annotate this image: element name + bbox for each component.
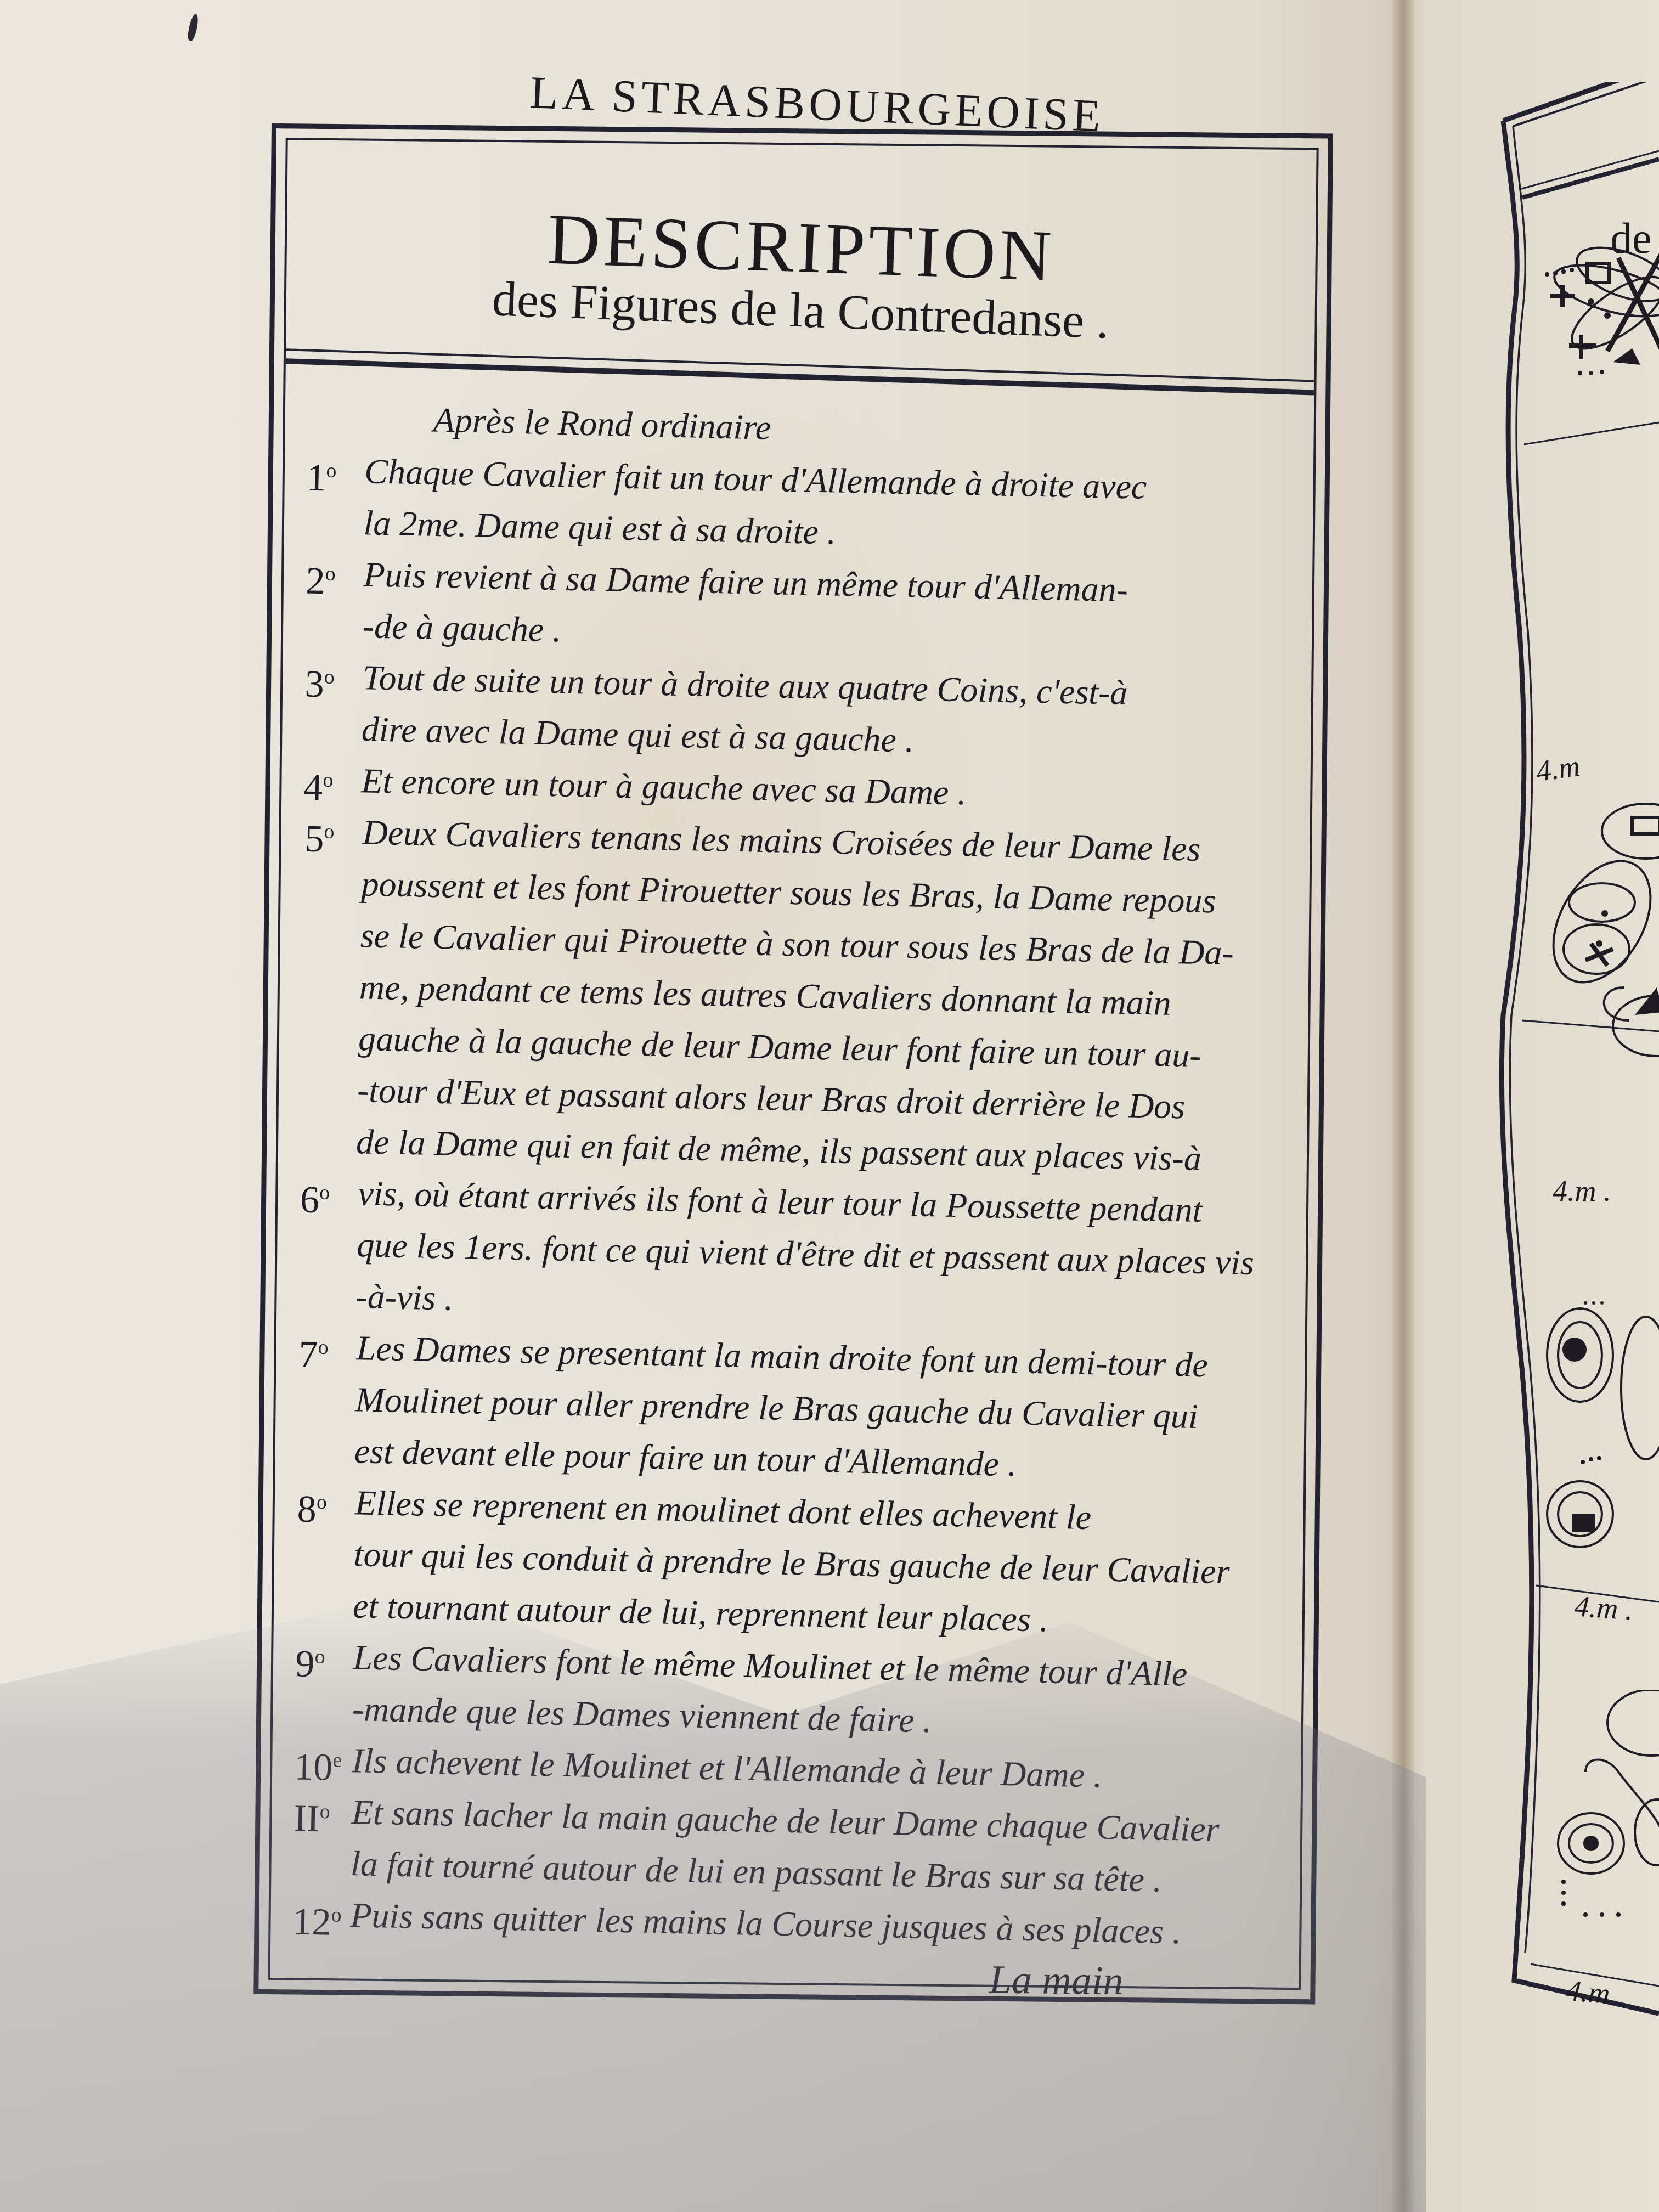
panel-label: 4.m . bbox=[1573, 1589, 1634, 1627]
figure-number: 12o bbox=[292, 1888, 342, 1949]
figure-number: 2o bbox=[305, 548, 336, 607]
figure-number-value: 3 bbox=[304, 663, 325, 706]
figure-number: 8o bbox=[297, 1476, 328, 1536]
figure-number-value: 6 bbox=[300, 1178, 320, 1221]
ordinal-suffix: o bbox=[319, 1800, 330, 1823]
figure-number: 9o bbox=[295, 1630, 325, 1690]
figure-entry: IIoEt sans lacher la main gauche de leur… bbox=[292, 1785, 1290, 1908]
figure-number: 5o bbox=[304, 805, 335, 865]
figure-number-value: 5 bbox=[304, 817, 325, 860]
figure-number-value: 12 bbox=[292, 1900, 332, 1943]
figure-entry: 8oElles se reprenent en moulinet dont el… bbox=[295, 1476, 1293, 1650]
dance-diagram-3 bbox=[1531, 1284, 1659, 1569]
dance-diagram-1 bbox=[1531, 208, 1659, 390]
figure-number: 7o bbox=[298, 1321, 329, 1381]
panel-label: 4.m bbox=[1565, 1973, 1611, 2011]
figure-number: 3o bbox=[304, 651, 335, 710]
ordinal-suffix: o bbox=[323, 769, 334, 792]
figure-number-value: 10 bbox=[294, 1746, 333, 1788]
figure-entry: 3oTout de suite un tour à droite aux qua… bbox=[303, 651, 1301, 774]
figure-entry: 5oDeux Cavaliers tenans les mains Croisé… bbox=[298, 805, 1301, 1186]
panel-label: 4.m bbox=[1534, 749, 1582, 788]
figure-entry: 7oLes Dames se presentant la main droite… bbox=[296, 1321, 1295, 1496]
book-gutter bbox=[1392, 0, 1414, 2212]
figure-number-value: II bbox=[294, 1797, 320, 1840]
ordinal-suffix: o bbox=[324, 665, 335, 689]
figure-number: 4o bbox=[303, 754, 334, 814]
dance-diagram-4 bbox=[1531, 1690, 1659, 1953]
ordinal-suffix: o bbox=[331, 1903, 342, 1926]
figure-entry: 2oPuis revient à sa Dame faire un même t… bbox=[304, 548, 1302, 670]
figure-number-value: 7 bbox=[298, 1333, 319, 1376]
description-plate: DESCRIPTION des Figures de la Contredans… bbox=[253, 123, 1333, 2004]
ordinal-suffix: o bbox=[314, 1645, 325, 1668]
ordinal-suffix: o bbox=[318, 1336, 329, 1359]
figure-number: 1o bbox=[306, 444, 337, 504]
figure-number-value: 8 bbox=[297, 1488, 317, 1531]
title-block: DESCRIPTION des Figures de la Contredans… bbox=[286, 140, 1317, 369]
figure-entry: 9oLes Cavaliers font le même Moulinet et… bbox=[294, 1630, 1291, 1753]
figure-descriptions: Après le Rond ordinaire 1oChaque Cavalie… bbox=[292, 398, 1303, 2008]
ordinal-suffix: o bbox=[324, 820, 335, 843]
figure-entry: 6ovis, où étant arrivés ils font à leur … bbox=[298, 1166, 1296, 1341]
ordinal-suffix: o bbox=[325, 562, 336, 585]
figure-number: 6o bbox=[300, 1166, 330, 1226]
ordinal-suffix: o bbox=[326, 459, 337, 482]
figure-number-value: 1 bbox=[306, 456, 326, 499]
ordinal-suffix: o bbox=[319, 1181, 330, 1204]
figure-number-value: 9 bbox=[295, 1643, 315, 1685]
figure-number-value: 2 bbox=[306, 560, 326, 602]
dance-diagram-2 bbox=[1531, 795, 1659, 1114]
figure-number-value: 4 bbox=[303, 766, 324, 809]
panel-label: 4.m . bbox=[1553, 1174, 1611, 1208]
ordinal-suffix: e bbox=[332, 1748, 342, 1771]
figure-number: IIo bbox=[294, 1785, 331, 1846]
figure-entry: 1oChaque Cavalier fait un tour d'Alleman… bbox=[306, 444, 1303, 567]
ordinal-suffix: o bbox=[316, 1491, 327, 1514]
